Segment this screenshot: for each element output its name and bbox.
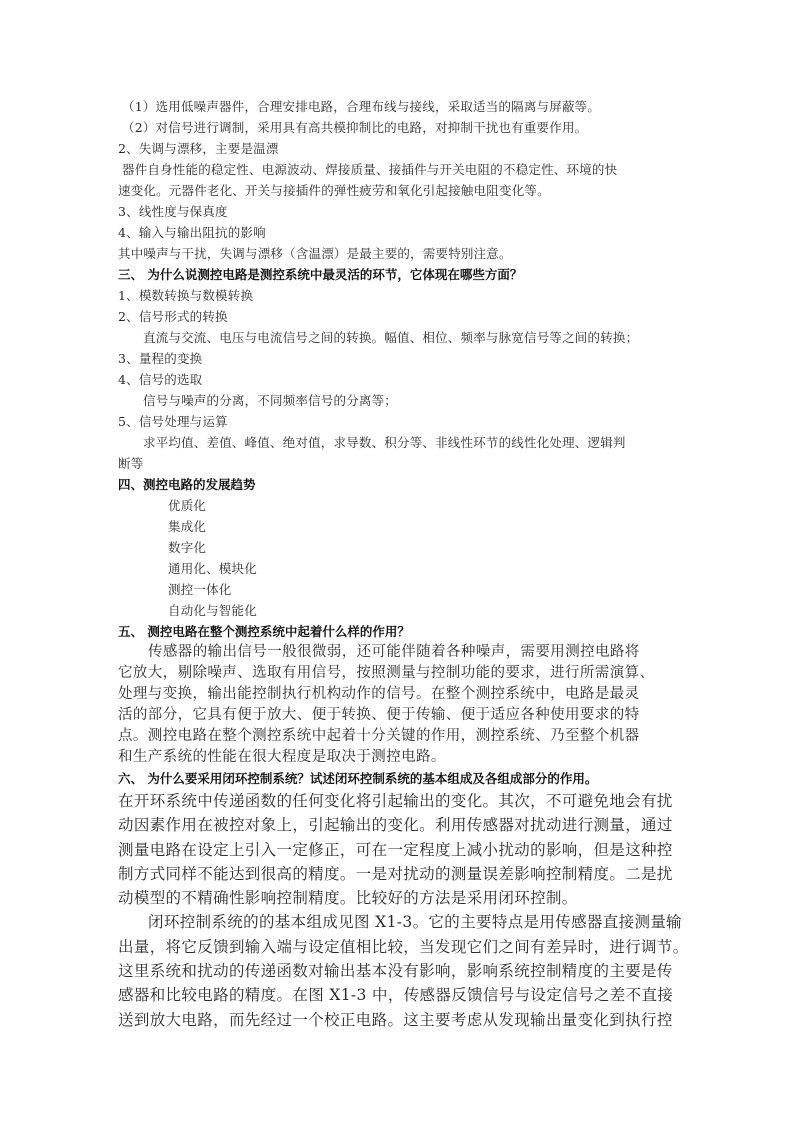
text-line: 直流与交流、电压与电流信号之间的转换。幅值、相位、频率与脉宽信号等之间的转换； — [118, 327, 674, 348]
paragraph-line: 这里系统和扰动的传递函数对输出基本没有影响，影响系统控制精度的主要是传 — [118, 959, 674, 983]
text-line: 求平均值、差值、峰值、绝对值，求导数、积分等、非线性环节的线性化处理、逻辑判 — [118, 432, 674, 453]
list-item: 4、信号的选取 — [118, 369, 674, 390]
paragraph-line: 处理与变换，输出能控制执行机构动作的信号。在整个测控系统中，电路是最灵 — [118, 684, 674, 705]
paragraph-line: 出量，将它反馈到输入端与设定值相比较，当发现它们之间有差异时，进行调节。 — [118, 935, 674, 959]
list-item: 4、输入与输出阻抗的影响 — [118, 222, 674, 243]
text-line: （1）选用低噪声器件，合理安排电路，合理布线与接线，采取适当的隔离与屏蔽等。 — [118, 96, 674, 117]
list-item: 1、模数转换与数模转换 — [118, 285, 674, 306]
list-item: 3、线性度与保真度 — [118, 201, 674, 222]
list-item: 2、失调与漂移，主要是温漂 — [118, 138, 674, 159]
section-heading-4: 四、测控电路的发展趋势 — [118, 474, 674, 495]
trend-item: 通用化、模块化 — [118, 558, 674, 579]
section-heading-3: 三、 为什么说测控电路是测控系统中最灵活的环节，它体现在哪些方面？ — [118, 264, 674, 285]
paragraph-line: 动因素作用在被控对象上，引起输出的变化。利用传感器对扰动进行测量，通过 — [118, 813, 674, 837]
paragraph-line: 测量电路在设定上引入一定修正，可在一定程度上减小扰动的影响，但是这种控 — [118, 838, 674, 862]
paragraph-line: 送到放大电路，而先经过一个校正电路。这主要考虑从发现输出量变化到执行控 — [118, 1008, 674, 1032]
text-line: 其中噪声与干扰，失调与漂移（含温漂）是最主要的，需要特别注意。 — [118, 243, 674, 264]
paragraph-line: 感器和比较电路的精度。在图 X1-3 中，传感器反馈信号与设定信号之差不直接 — [118, 983, 674, 1007]
text-line: （2）对信号进行调制，采用具有高共模抑制比的电路，对抑制干扰也有重要作用。 — [118, 117, 674, 138]
trend-item: 数字化 — [118, 537, 674, 558]
paragraph-line: 它放大，剔除噪声、选取有用信号，按照测量与控制功能的要求，进行所需演算、 — [118, 663, 674, 684]
paragraph-line: 制方式同样不能达到很高的精度。一是对扰动的测量误差影响控制精度。二是扰 — [118, 862, 674, 886]
paragraph-line: 活的部分，它具有便于放大、便于转换、便于传输、便于适应各种使用要求的特 — [118, 705, 674, 726]
text-line: 断等 — [118, 453, 674, 474]
section-heading-5: 五、 测控电路在整个测控系统中起着什么样的作用？ — [118, 621, 674, 642]
trend-item: 测控一体化 — [118, 579, 674, 600]
trend-item: 自动化与智能化 — [118, 600, 674, 621]
list-item: 2、信号形式的转换 — [118, 306, 674, 327]
text-line: 器件自身性能的稳定性、电源波动、焊接质量、接插件与开关电阻的不稳定性、环境的快 — [118, 159, 674, 180]
list-item: 5、信号处理与运算 — [118, 411, 674, 432]
text-line: 速变化。元器件老化、开关与接插件的弹性疲劳和氧化引起接触电阻变化等。 — [118, 180, 674, 201]
trend-item: 集成化 — [118, 516, 674, 537]
list-item: 3、量程的变换 — [118, 348, 674, 369]
document-page: （1）选用低噪声器件，合理安排电路，合理布线与接线，采取适当的隔离与屏蔽等。 （… — [118, 96, 674, 1032]
paragraph-line: 和生产系统的性能在很大程度是取决于测控电路。 — [118, 747, 674, 768]
section-heading-6: 六、 为什么要采用闭环控制系统？试述闭环控制系统的基本组成及各组成部分的作用。 — [118, 768, 674, 789]
paragraph-line: 闭环控制系统的的基本组成见图 X1-3。它的主要特点是用传感器直接测量输 — [118, 910, 674, 934]
paragraph-line: 传感器的输出信号一般很微弱，还可能伴随着各种噪声，需要用测控电路将 — [118, 642, 674, 663]
text-line: 信号与噪声的分离，不同频率信号的分离等； — [118, 390, 674, 411]
paragraph-line: 动模型的不精确性影响控制精度。比较好的方法是采用闭环控制。 — [118, 886, 674, 910]
paragraph-line: 点。测控电路在整个测控系统中起着十分关键的作用，测控系统、乃至整个机器 — [118, 726, 674, 747]
trend-item: 优质化 — [118, 495, 674, 516]
paragraph-line: 在开环系统中传递函数的任何变化将引起输出的变化。其次，不可避免地会有扰 — [118, 789, 674, 813]
